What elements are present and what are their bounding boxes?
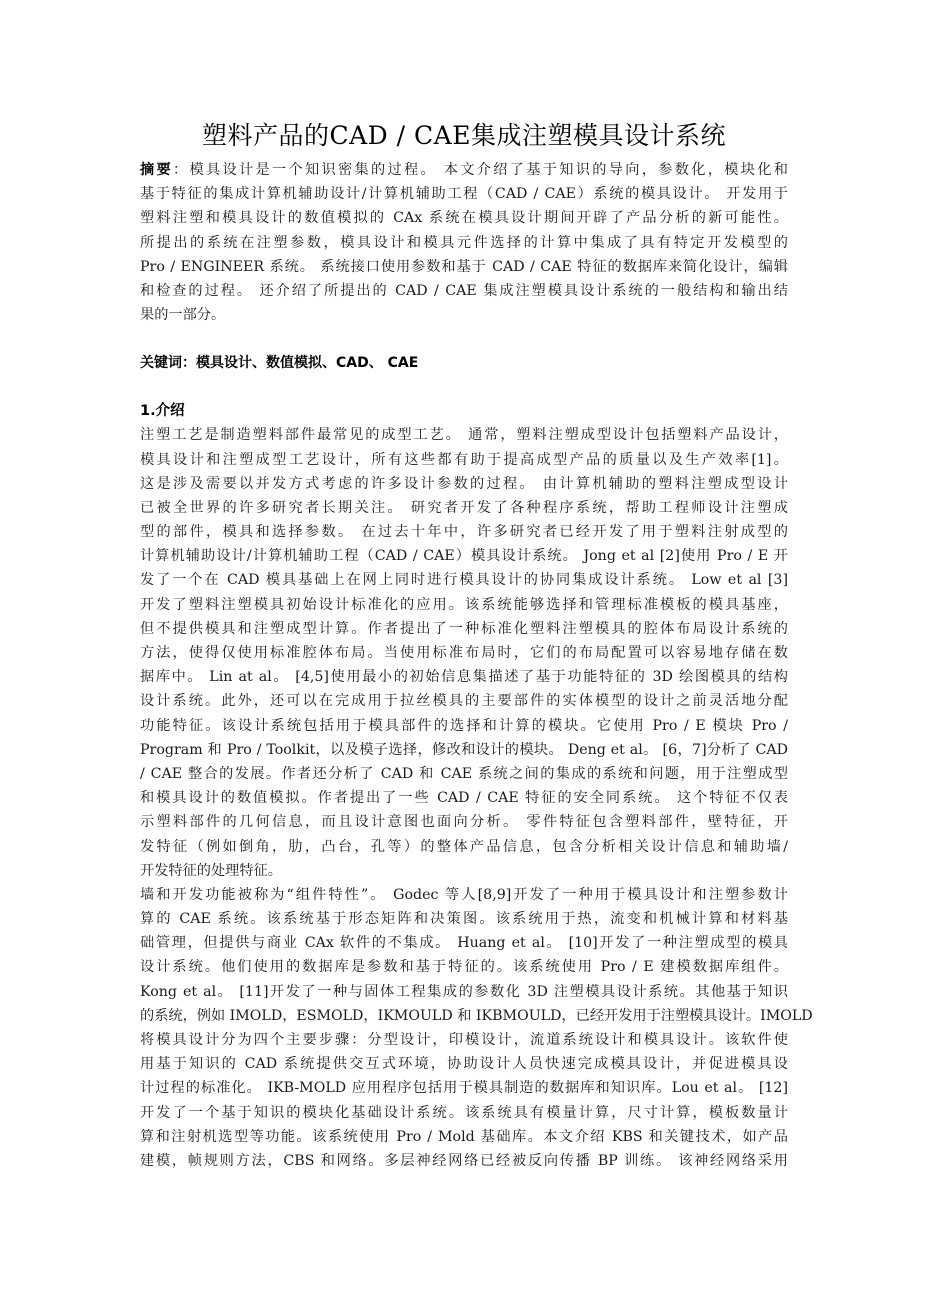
body-line: 设计系统。他们使用的数据库是参数和基于特征的。该系统使用 Pro / E 建模数… bbox=[140, 955, 788, 979]
section-heading: 1.介绍 bbox=[140, 399, 788, 423]
body-line: / CAE 整合的发展。作者还分析了 CAD 和 CAE 系统之间的集成的系统和… bbox=[140, 762, 788, 786]
body-line: 墙和开发功能被称为“组件特性”。 Godec 等人[8,9]开发了一种用于模具设… bbox=[140, 883, 788, 907]
paper-title: 塑料产品的CAD / CAE集成注塑模具设计系统 bbox=[140, 118, 788, 154]
body-line: 模具设计和注塑成型工艺设计，所有这些都有助于提高成型产品的质量以及生产效率[1]… bbox=[140, 448, 788, 472]
body-line: 开发了一个基于知识的模块化基础设计系统。该系统具有模量计算，尺寸计算，模板数量计 bbox=[140, 1101, 788, 1125]
keywords: 关键词：模具设计、数值模拟、CAD、 CAE bbox=[140, 351, 788, 375]
paper-page: 塑料产品的CAD / CAE集成注塑模具设计系统 摘要：模具设计是一个知识密集的… bbox=[140, 118, 788, 1173]
body-line: 的系统，例如 IMOLD，ESMOLD，IKMOULD 和 IKBMOULD，已… bbox=[140, 1004, 788, 1028]
abstract-label: 摘要 bbox=[140, 162, 173, 178]
body-line: 设计系统。此外，还可以在完成用于拉丝模具的主要部件的实体模型的设计之前灵活地分配 bbox=[140, 689, 788, 713]
body-line: 方法，使得仅使用标准腔体布局。当使用标准布局时，它们的布局配置可以容易地存储在数 bbox=[140, 641, 788, 665]
abstract-text: ：模具设计是一个知识密集的过程。 本文介绍了基于知识的导向，参数化，模块化和 bbox=[173, 162, 788, 178]
body-line: 示塑料部件的几何信息，而且设计意图也面向分析。 零件特征包含塑料部件，壁特征，开 bbox=[140, 810, 788, 834]
body-line: 础管理，但提供与商业 CAx 软件的不集成。 Huang et al。 [10]… bbox=[140, 931, 788, 955]
body-line: Program 和 Pro / Toolkit，以及模子选择，修改和设计的模块。… bbox=[140, 738, 788, 762]
abstract-line: 塑料注塑和模具设计的数值模拟的 CAx 系统在模具设计期间开辟了产品分析的新可能… bbox=[140, 206, 788, 230]
spacer bbox=[140, 375, 788, 399]
body-line: 这是涉及需要以并发方式考虑的许多设计参数的过程。 由计算机辅助的塑料注塑成型设计 bbox=[140, 472, 788, 496]
body-line: Kong et al。 [11]开发了一种与固体工程集成的参数化 3D 注塑模具… bbox=[140, 980, 788, 1004]
body-line: 但不提供模具和注塑成型计算。作者提出了一种标准化塑料注塑模具的腔体布局设计系统的 bbox=[140, 617, 788, 641]
body-line: 据库中。 Lin at al。 [4,5]使用最小的初始信息集描述了基于功能特征… bbox=[140, 665, 788, 689]
body-line: 算的 CAE 系统。该系统基于形态矩阵和决策图。该系统用于热，流变和机械计算和材… bbox=[140, 907, 788, 931]
body-line: 型的部件，模具和选择参数。 在过去十年中，许多研究者已经开发了用于塑料注射成型的 bbox=[140, 520, 788, 544]
body-line: 发了一个在 CAD 模具基础上在网上同时进行模具设计的协同集成设计系统。 Low… bbox=[140, 568, 788, 592]
abstract-line: Pro / ENGINEER 系统。 系统接口使用参数和基于 CAD / CAE… bbox=[140, 255, 788, 279]
body-line: 发特征（例如倒角，肋，凸台，孔等）的整体产品信息，包含分析相关设计信息和辅助墙/ bbox=[140, 835, 788, 859]
section-introduction: 1.介绍 注塑工艺是制造塑料部件最常见的成型工艺。 通常，塑料注塑成型设计包括塑… bbox=[140, 399, 788, 1173]
body-line: 建模，帧规则方法，CBS 和网络。多层神经网络已经被反向传播 BP 训练。 该神… bbox=[140, 1149, 788, 1173]
body-line: 开发了塑料注塑模具初始设计标准化的应用。该系统能够选择和管理标准模板的模具基座， bbox=[140, 593, 788, 617]
abstract: 摘要：模具设计是一个知识密集的过程。 本文介绍了基于知识的导向，参数化，模块化和… bbox=[140, 158, 788, 327]
body-line: 算和注射机选型等功能。该系统使用 Pro / Mold 基础库。本文介绍 KBS… bbox=[140, 1125, 788, 1149]
abstract-line: 摘要：模具设计是一个知识密集的过程。 本文介绍了基于知识的导向，参数化，模块化和 bbox=[140, 158, 788, 182]
body-line: 注塑工艺是制造塑料部件最常见的成型工艺。 通常，塑料注塑成型设计包括塑料产品设计… bbox=[140, 423, 788, 447]
body-line: 将模具设计分为四个主要步骤：分型设计，印模设计，流道系统设计和模具设计。该软件使 bbox=[140, 1028, 788, 1052]
abstract-line: 所提出的系统在注塑参数，模具设计和模具元件选择的计算中集成了具有特定开发模型的 bbox=[140, 231, 788, 255]
spacer bbox=[140, 327, 788, 351]
abstract-line: 基于特征的集成计算机辅助设计/计算机辅助工程（CAD / CAE）系统的模具设计… bbox=[140, 182, 788, 206]
body-line: 开发特征的处理特征。 bbox=[140, 859, 788, 883]
abstract-line: 果的一部分。 bbox=[140, 303, 788, 327]
body-line: 和模具设计的数值模拟。作者提出了一些 CAD / CAE 特征的安全同系统。 这… bbox=[140, 786, 788, 810]
abstract-line: 和检查的过程。 还介绍了所提出的 CAD / CAE 集成注塑模具设计系统的一般… bbox=[140, 279, 788, 303]
body-line: 计过程的标准化。 IKB-MOLD 应用程序包括用于模具制造的数据库和知识库。L… bbox=[140, 1076, 788, 1100]
body-line: 用基于知识的 CAD 系统提供交互式环境，协助设计人员快速完成模具设计，并促进模… bbox=[140, 1052, 788, 1076]
body-line: 功能特征。该设计系统包括用于模具部件的选择和计算的模块。它使用 Pro / E … bbox=[140, 714, 788, 738]
body-line: 已被全世界的许多研究者长期关注。 研究者开发了各种程序系统，帮助工程师设计注塑成 bbox=[140, 496, 788, 520]
body-line: 计算机辅助设计/计算机辅助工程（CAD / CAE）模具设计系统。 Jong e… bbox=[140, 544, 788, 568]
